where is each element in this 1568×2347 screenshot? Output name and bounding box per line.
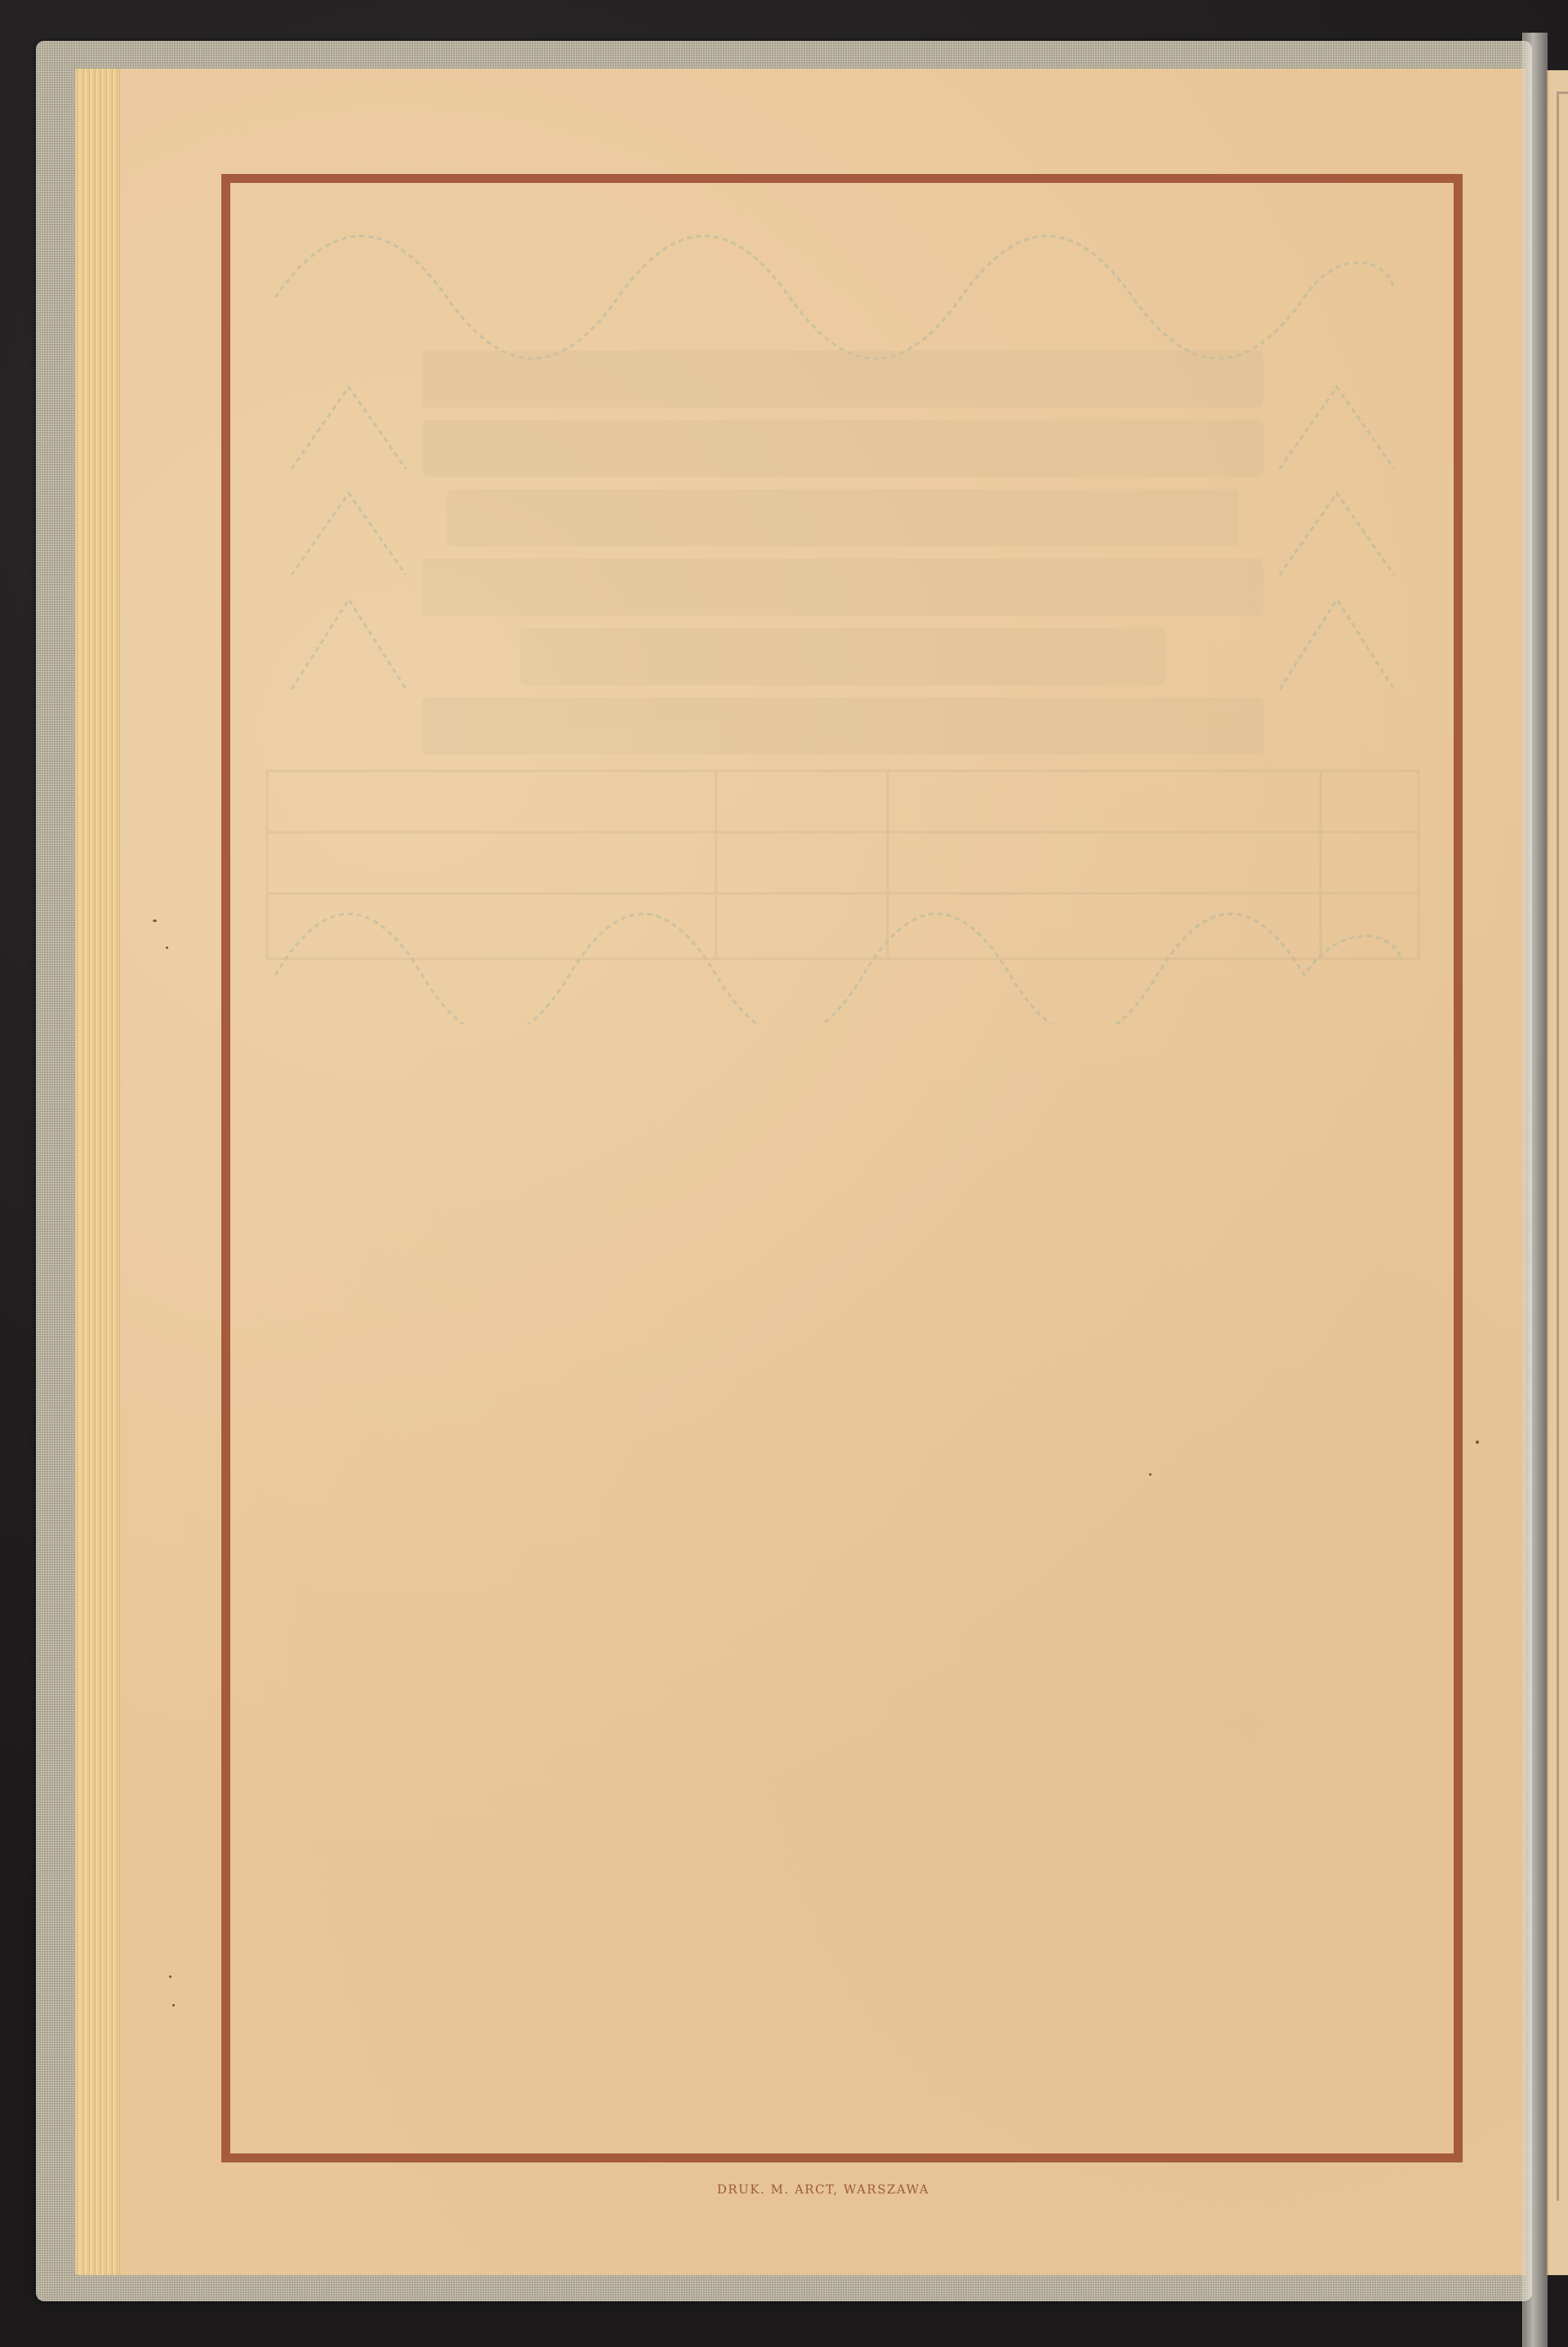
book-page: DRUK. M. ARCT, WARSZAWA — [119, 69, 1526, 2275]
paper-speck — [166, 946, 168, 949]
paper-speck — [1476, 1441, 1479, 1444]
adjacent-page-frame — [1557, 91, 1568, 2201]
scan-scene: DRUK. M. ARCT, WARSZAWA — [0, 0, 1568, 2347]
paper-speck — [153, 920, 157, 922]
page-edges — [75, 69, 124, 2275]
paper-speck — [169, 1975, 171, 1978]
printer-imprint: DRUK. M. ARCT, WARSZAWA — [120, 2182, 1526, 2197]
glassine-strip — [1522, 33, 1548, 2347]
paper-speck — [172, 2004, 175, 2006]
paper-speck — [1149, 1473, 1151, 1476]
decorative-frame — [221, 174, 1463, 2162]
